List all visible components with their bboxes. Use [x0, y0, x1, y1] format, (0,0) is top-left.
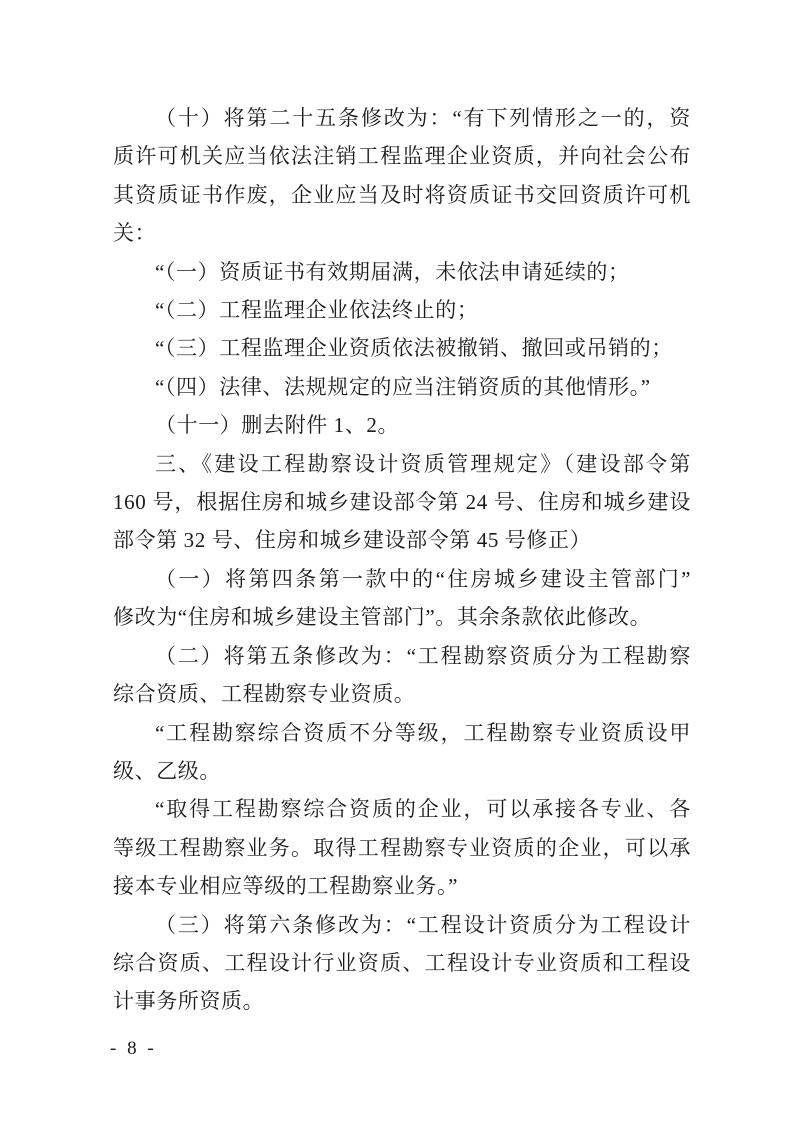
text-line: 综合资质、工程勘察专业资质。 [113, 675, 691, 713]
text-line: 接本专业相应等级的工程勘察业务。” [113, 867, 691, 905]
text-line: 综合资质、工程设计行业资质、工程设计专业资质和工程设 [113, 944, 691, 982]
text-line: 关： [113, 214, 691, 252]
text-line: “取得工程勘察综合资质的企业，可以承接各专业、各 [113, 790, 691, 828]
document-page: （十）将第二十五条修改为：“有下列情形之一的，资质许可机关应当依法注销工程监理企… [0, 0, 800, 1131]
text-line: “（二）工程监理企业依法终止的； [113, 291, 691, 329]
text-line: “（一）资质证书有效期届满，未依法申请延续的； [113, 253, 691, 291]
text-line: （十一）删去附件 1、2。 [113, 406, 691, 444]
page-number: - 8 - [110, 1038, 157, 1060]
text-line: 级、乙级。 [113, 752, 691, 790]
text-line: 部令第 32 号、住房和城乡建设部令第 45 号修正） [113, 521, 691, 559]
text-line: 三、《建设工程勘察设计资质管理规定》（建设部令第 [113, 445, 691, 483]
text-line: 计事务所资质。 [113, 982, 691, 1020]
text-line: （十）将第二十五条修改为：“有下列情形之一的，资 [113, 99, 691, 137]
text-line: （三）将第六条修改为：“工程设计资质分为工程设计 [113, 906, 691, 944]
text-line: 等级工程勘察业务。取得工程勘察专业资质的企业，可以承 [113, 829, 691, 867]
text-line: 修改为“住房和城乡建设主管部门”。其余条款依此修改。 [113, 598, 691, 636]
document-body: （十）将第二十五条修改为：“有下列情形之一的，资质许可机关应当依法注销工程监理企… [113, 99, 691, 1021]
text-line: “（四）法律、法规规定的应当注销资质的其他情形。” [113, 368, 691, 406]
text-line: （二）将第五条修改为：“工程勘察资质分为工程勘察 [113, 637, 691, 675]
text-line: 其资质证书作废，企业应当及时将资质证书交回资质许可机 [113, 176, 691, 214]
text-line: “（三）工程监理企业资质依法被撤销、撤回或吊销的； [113, 329, 691, 367]
text-line: 160 号，根据住房和城乡建设部令第 24 号、住房和城乡建设 [113, 483, 691, 521]
text-line: （一）将第四条第一款中的“住房城乡建设主管部门” [113, 560, 691, 598]
text-line: “工程勘察综合资质不分等级，工程勘察专业资质设甲 [113, 714, 691, 752]
text-line: 质许可机关应当依法注销工程监理企业资质，并向社会公布 [113, 137, 691, 175]
